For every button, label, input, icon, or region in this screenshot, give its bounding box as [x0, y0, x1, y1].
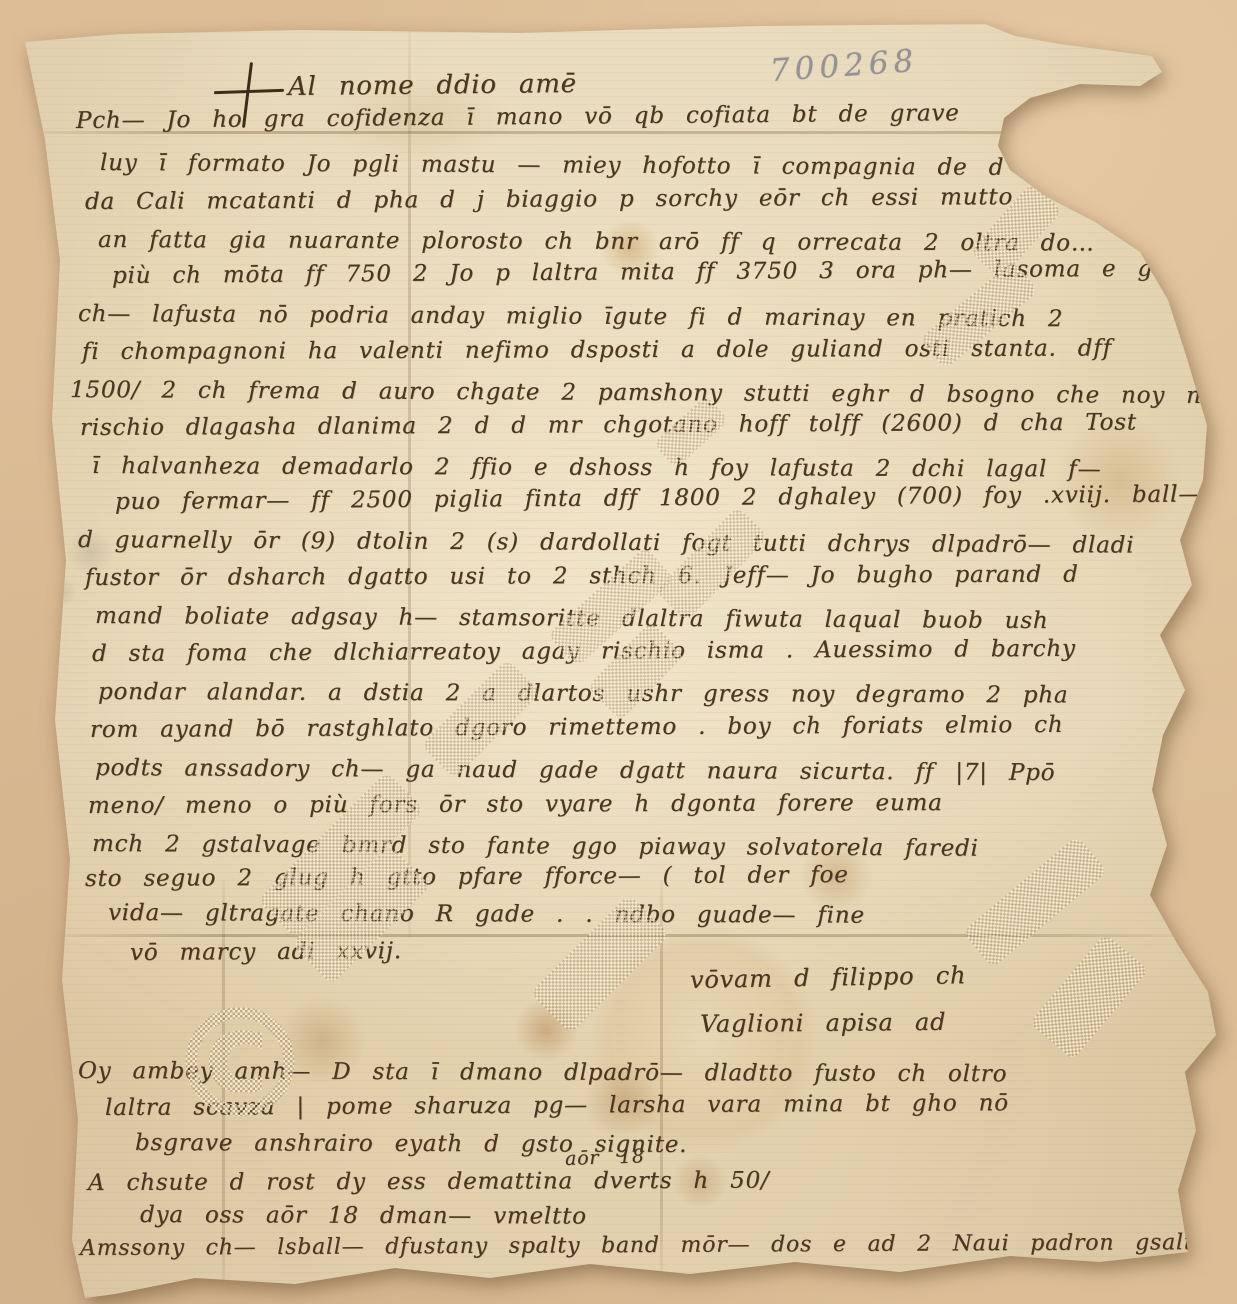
manuscript-line: sto seguo 2 glug h gtto pfare fforce— ( … [85, 862, 849, 892]
manuscript-line: fustor ōr dsharch dgatto usi to 2 sthch … [85, 562, 1079, 591]
manuscript-line: Pch— Jo ho gra cofidenza ī mano vō qb co… [76, 100, 960, 134]
watermark-fragment [1029, 933, 1149, 1061]
manuscript-letter: 700268 Al nome ddio amē Pch— Jo ho gra c… [0, 0, 1237, 1304]
watermark-fragment [962, 835, 1108, 968]
signature-line: vōvam d filippo ch [690, 961, 967, 994]
manuscript-line: rischio dlagasha dlanima 2 d d mr chgota… [80, 409, 1137, 441]
date-line: vō marcy adi xxvij. [130, 938, 402, 966]
manuscript-line: 1500/ 2 ch frema d auro chgate 2 pamshon… [70, 377, 1232, 409]
postscript-line: Oy ambey amh— D sta ī dmano dlpadrō— dla… [78, 1058, 1007, 1087]
manuscript-line: fi chompagnoni ha valenti nefimo dsposti… [82, 335, 1112, 365]
manuscript-line: luy ī formato Jo pgli mastu — miey hofot… [100, 150, 1004, 181]
manuscript-line: meno/ meno o più fors ōr sto vyare h dgo… [88, 790, 943, 819]
archive-number-pencil: 700268 [769, 43, 919, 89]
manuscript-line: an fatta gia nuarante plorosto ch bnr ar… [98, 227, 1095, 256]
postscript-line: Amssony ch— lsball— dfustany spalty band… [80, 1230, 1206, 1261]
fold-crease-horizontal-bottom [55, 934, 1175, 937]
manuscript-line: rom ayand bō rastghlato dgoro rimettemo … [90, 712, 1064, 743]
manuscript-line: podts anssadory ch— ga naud gade dgatt n… [95, 755, 1055, 786]
manuscript-line: puo fermar— ff 2500 piglia finta dff 180… [115, 481, 1202, 515]
heading-line: Al nome ddio amē [288, 69, 577, 102]
manuscript-line: pondar alandar. a dstia 2 a dlartos ushr… [98, 679, 1069, 708]
manuscript-line: ch— lafusta nō podria anday miglio īgute… [78, 301, 1063, 332]
manuscript-line: più ch mōta ff 750 2 Jo p laltra mita ff… [112, 255, 1195, 289]
manuscript-line: mand boliate adgsay h— stamsoritte dlalt… [95, 603, 1049, 634]
page-background: { "page": { "background_color": "#dcbd96… [0, 0, 1237, 1304]
postscript-date: aōr 18 [565, 1145, 646, 1170]
manuscript-line: da Cali mcatanti d pha d j biaggio p sor… [85, 184, 1013, 215]
postscript-line: dya oss aōr 18 dman— vmeltto [140, 1202, 587, 1230]
postscript-line: laltra scavza | pome sharuza pg— larsha … [105, 1090, 1009, 1121]
manuscript-line: ī halvanheza demadarlo 2 ffio e dshoss h… [92, 453, 1101, 483]
manuscript-line: mch 2 gstalvage bmrd sto fante ggo piawa… [92, 831, 979, 862]
manuscript-line: d guarnelly ōr (9) dtolin 2 (s) dardolla… [78, 527, 1134, 559]
torn-paper-sheet: 700268 Al nome ddio amē Pch— Jo ho gra c… [0, 0, 1237, 1304]
postscript-line: A chsute d rost dy ess demattina dverts … [88, 1168, 770, 1196]
signature-line: Vaglioni apisa ad [700, 1008, 946, 1038]
manuscript-line: vida— gltragate chano R gade . . ndbo gu… [108, 900, 865, 929]
manuscript-line: d sta foma che dlchiarreatoy agay rischi… [92, 636, 1076, 667]
